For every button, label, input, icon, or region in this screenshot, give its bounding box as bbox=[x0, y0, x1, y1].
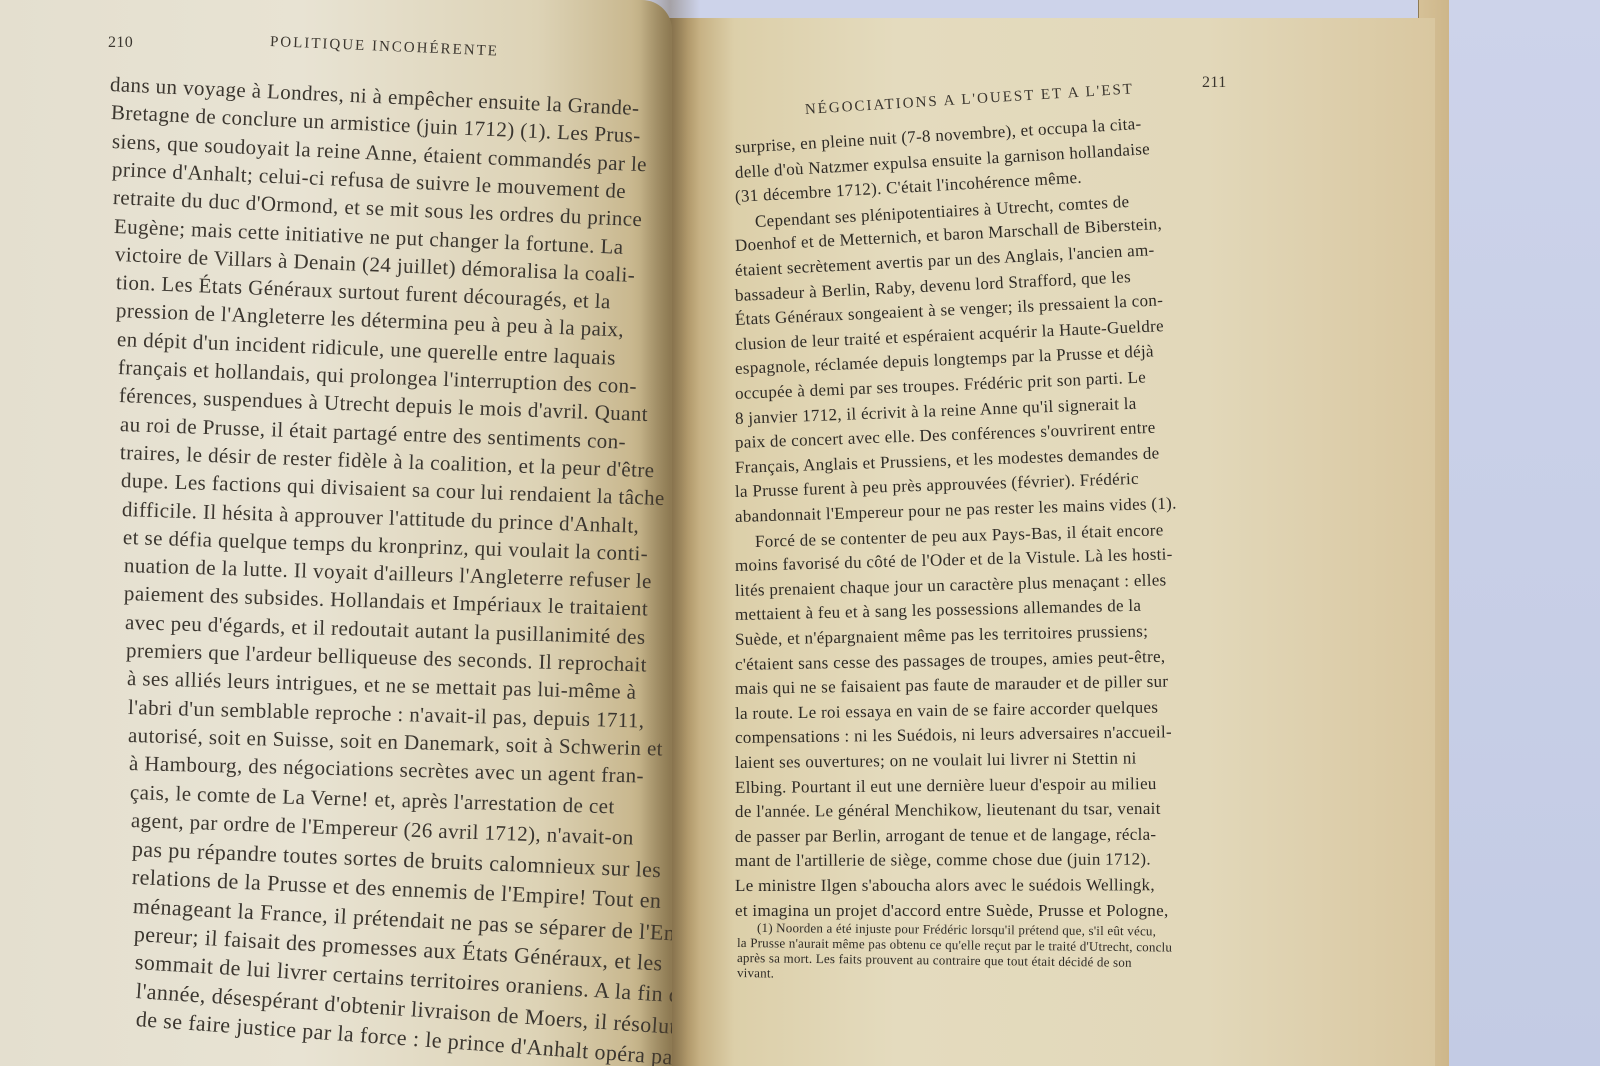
book-gutter bbox=[640, 0, 700, 1066]
text-line: Suède, et n'épargnaient même pas les ter… bbox=[735, 621, 1149, 650]
footnote-line: vivant. bbox=[737, 965, 774, 982]
text-line: mais qui ne se faisaient pas faute de ma… bbox=[735, 672, 1169, 699]
running-head: POLITIQUE INCOHÉRENTE bbox=[270, 34, 500, 61]
text-line: compensations : ni les Suédois, ni leurs… bbox=[735, 723, 1172, 749]
text-line: laient ses ouvertures; on ne voulait lui… bbox=[735, 748, 1137, 773]
text-line: Elbing. Pourtant il eut une dernière lue… bbox=[735, 774, 1157, 798]
page-number: 210 bbox=[108, 34, 133, 52]
text-line: de passer par Berlin, arrogant de tenue … bbox=[735, 824, 1156, 846]
left-page: 210POLITIQUE INCOHÉRENTEdans un voyage à… bbox=[0, 0, 672, 1066]
text-line: la route. Le roi essaya en vain de se fa… bbox=[735, 697, 1159, 723]
right-page: 211NÉGOCIATIONS A L'OUEST ET A L'ESTsurp… bbox=[665, 18, 1435, 1066]
text-line: c'étaient sans cesse des passages de tro… bbox=[735, 646, 1166, 674]
page-number: 211 bbox=[1202, 74, 1227, 92]
running-head: NÉGOCIATIONS A L'OUEST ET A L'EST bbox=[804, 81, 1134, 119]
text-line: de l'année. Le général Menchikow, lieute… bbox=[735, 799, 1161, 822]
text-line: et imagina un projet d'accord entre Suèd… bbox=[735, 901, 1169, 921]
footnote-line: après sa mort. Les faits prouvent au con… bbox=[737, 950, 1132, 971]
text-line: Le ministre Ilgen s'aboucha alors avec l… bbox=[735, 875, 1155, 896]
text-line: mettaient à feu et à sang les possession… bbox=[735, 596, 1142, 625]
text-line: mant de l'artillerie de siège, comme cho… bbox=[735, 850, 1151, 872]
